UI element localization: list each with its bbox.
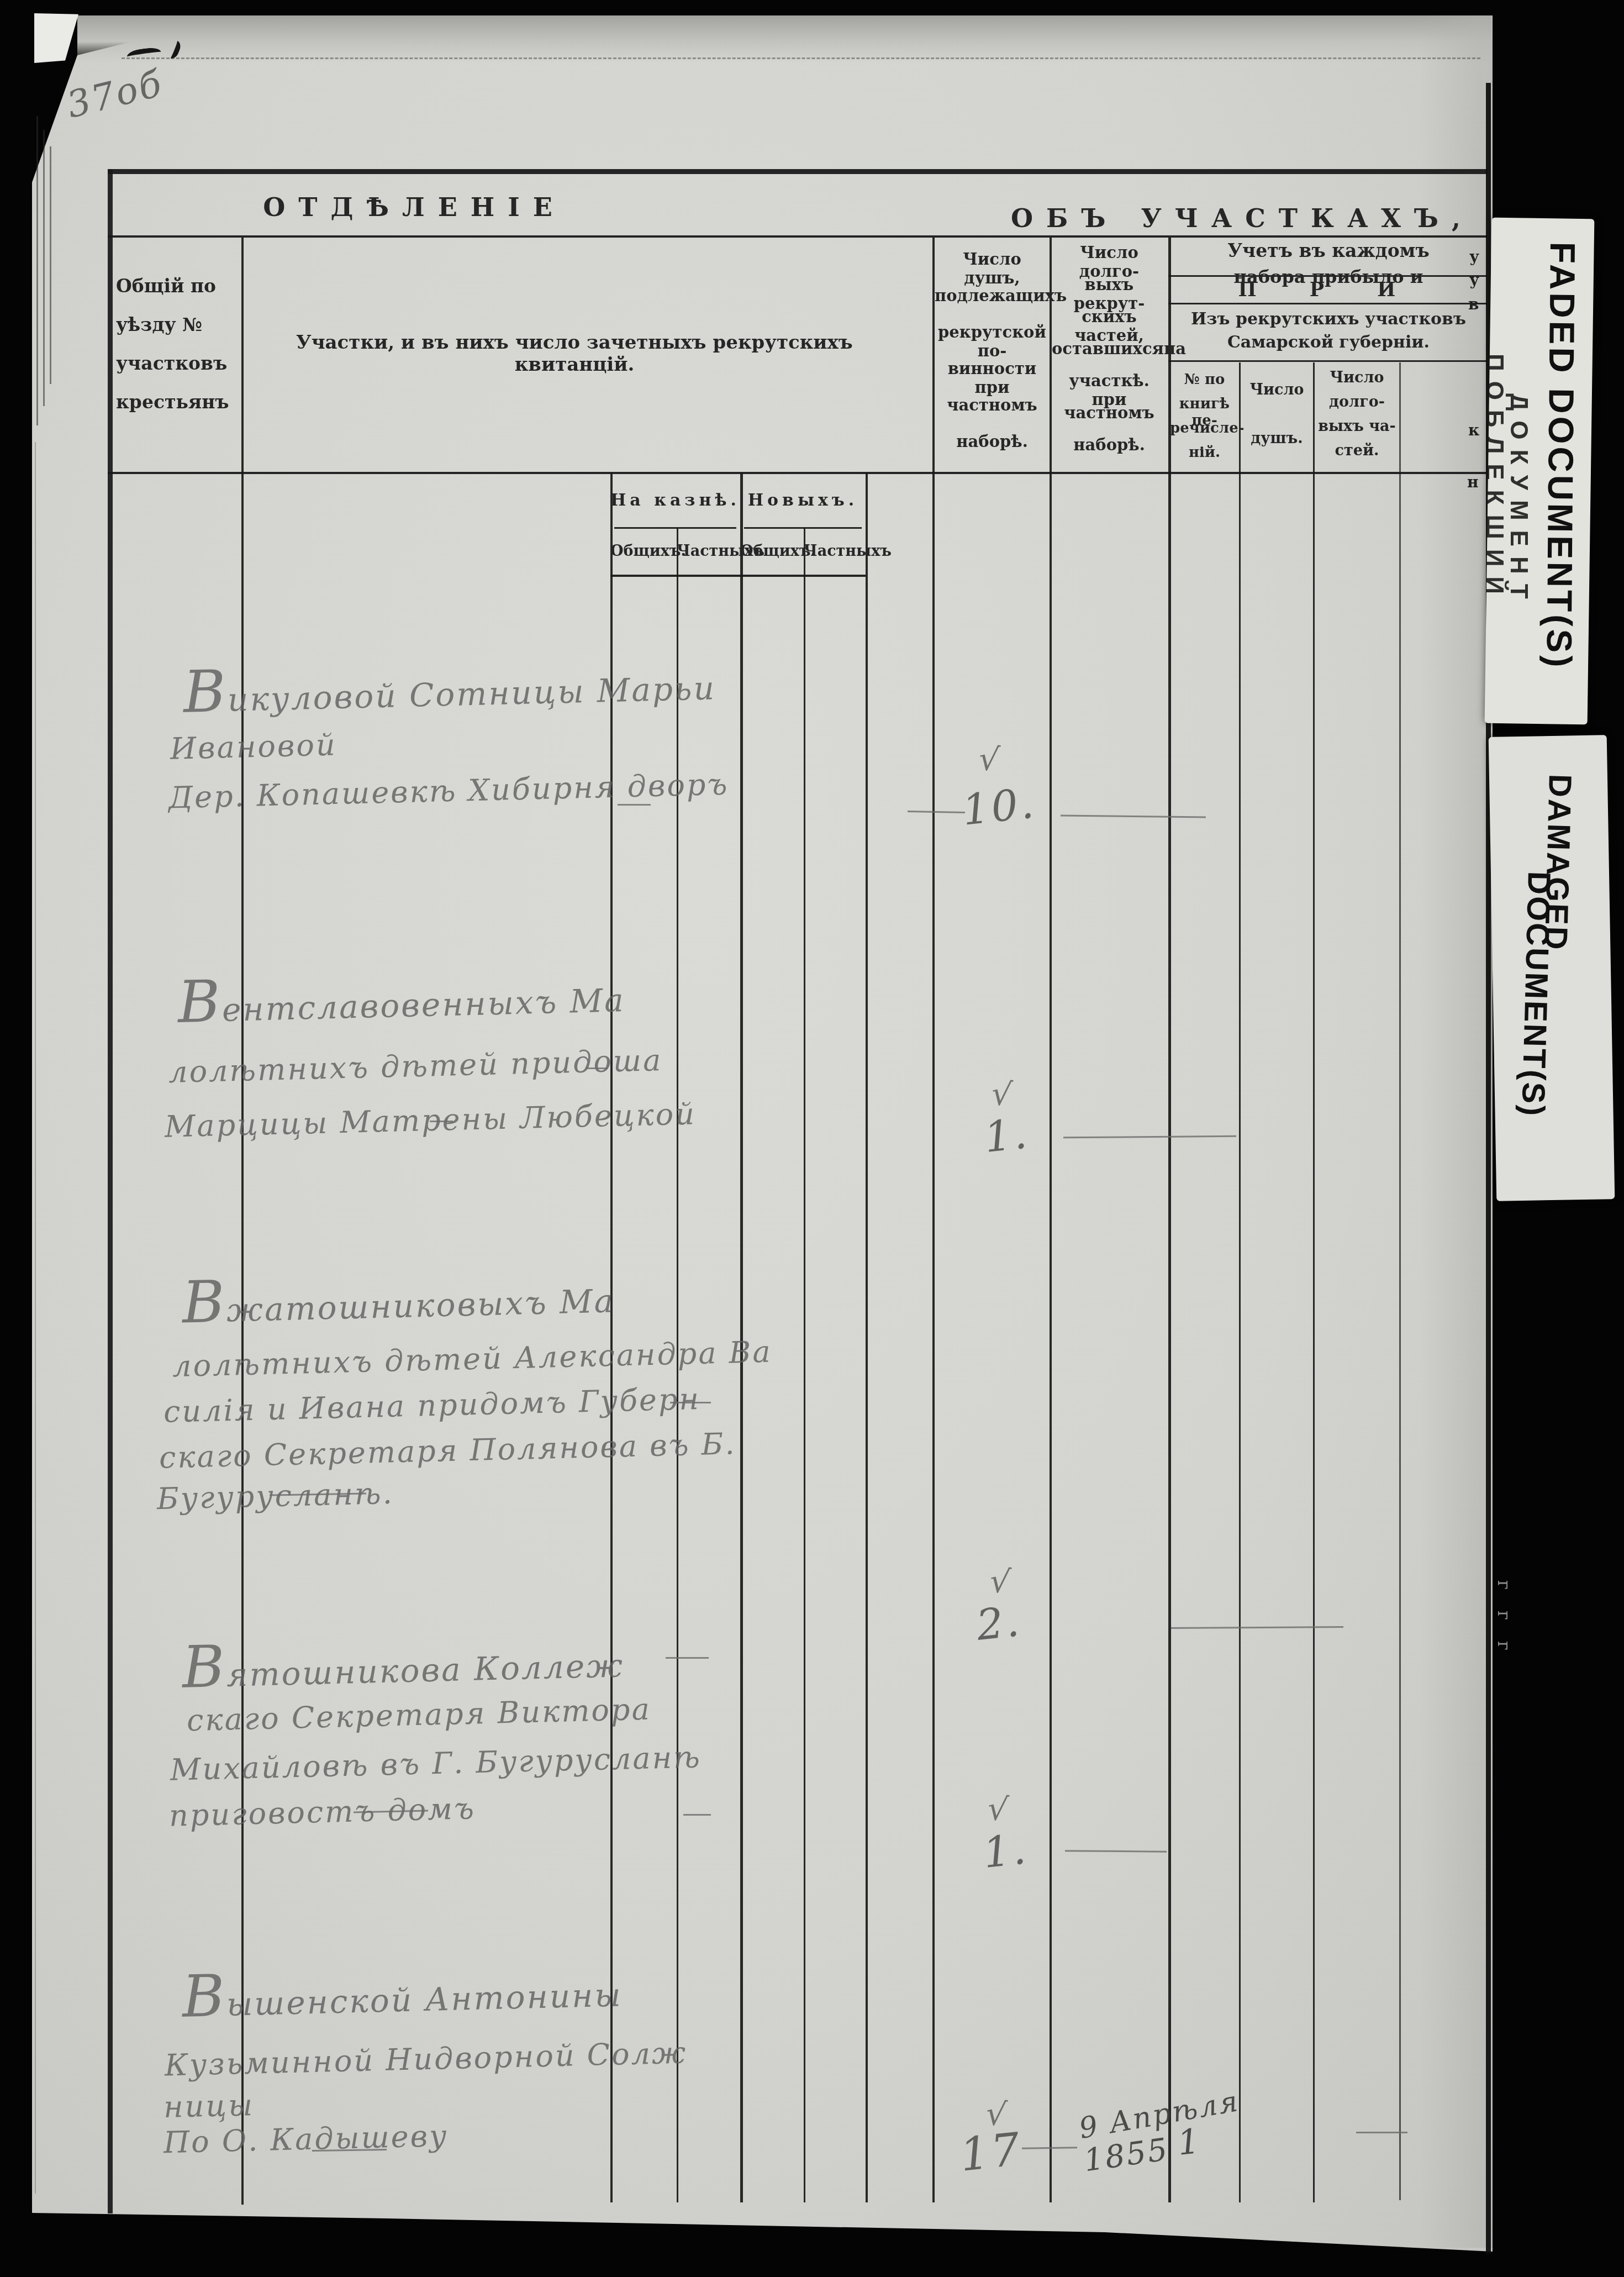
sub-header-obshchih: Общихъ.: [740, 543, 804, 560]
col-header-dolg-line: наборѣ.: [1052, 435, 1167, 454]
table-vline: [1239, 362, 1241, 2202]
entry-value: 10.: [960, 778, 1038, 834]
col-header-dush-line: наборѣ.: [935, 432, 1050, 451]
page-top-dotted-edge: [122, 57, 1480, 59]
col-header-dush-line: рекрутской по-: [935, 323, 1050, 360]
table-vline: [1399, 362, 1401, 2200]
table-vline: [241, 238, 244, 2205]
edge-cut-letter: у: [1469, 248, 1479, 266]
col-header-dush-line: Число душъ,: [935, 250, 1050, 287]
col-header-dush-line: подлежащихъ: [935, 286, 1050, 305]
check-mark: √: [988, 1561, 1013, 1601]
table-vline: [1168, 238, 1171, 2202]
col-header-uezd-line: участковъ: [116, 353, 227, 374]
edge-cut-letter: у: [1469, 271, 1479, 289]
table-hline: [108, 235, 1487, 238]
handwritten-line: ницы: [163, 2087, 255, 2125]
faded-document-label-ru: ДОКУМЕНТ: [1505, 393, 1532, 609]
underlying-page-corner: [34, 13, 78, 63]
table-hline: [614, 527, 736, 529]
col-header-dolg-line: оставшихсяна: [1052, 339, 1167, 358]
col-header-dush-line: частномъ: [935, 396, 1050, 414]
group-header-na-kazne: На казнѣ.: [610, 491, 740, 510]
entry-value: 17: [957, 2123, 1025, 2181]
table-hline: [610, 575, 866, 577]
pencil-dash: [1356, 2132, 1407, 2133]
pencil-dash: [618, 804, 651, 806]
group-header-iz-line: Самарской губерніи.: [1174, 333, 1483, 352]
book-page-edge-line: [43, 130, 45, 406]
pencil-dash: [587, 1067, 608, 1069]
handwritten-date-extra: 1: [1175, 2121, 1203, 2163]
sub-header-chastnyh: Частныхъ: [804, 543, 866, 560]
sub-header-chislo-dush-line: душъ.: [1241, 430, 1313, 447]
sub-header-kniga-line: речисле-: [1170, 420, 1239, 437]
margin-pencil-marks: г г г: [1494, 1580, 1515, 1658]
entry-value: 1.: [981, 1824, 1030, 1878]
section-title-right: ОБЪ УЧАСТКАХЪ,: [1011, 203, 1431, 233]
check-mark: √: [990, 1074, 1014, 1113]
col-header-dush-line: винности при: [935, 359, 1050, 397]
pencil-dash: [683, 1814, 711, 1816]
sub-header-kniga-line: ній.: [1170, 444, 1239, 461]
group-header-uchet-line: Учетъ въ каждомъ: [1174, 240, 1483, 261]
sub-header-chislo-dolg-line: долго-: [1315, 393, 1399, 411]
sub-header-chastnyh: Частныхъ: [677, 543, 740, 560]
sub-header-obshchih: Общихъ.: [610, 543, 677, 560]
table-hline: [108, 472, 1487, 474]
sub-header-chislo-dolg-line: выхъ ча-: [1315, 418, 1399, 435]
check-mark: √: [986, 1789, 1010, 1828]
book-page-edge-line: [35, 442, 36, 2194]
col-header-uezd-line: крестьянъ: [116, 391, 229, 413]
col-header-uezd-line: Общій по: [116, 275, 216, 297]
sub-header-chislo-dolg-line: Число: [1315, 369, 1399, 386]
col-header-uezd-line: уѣзду №: [116, 314, 202, 335]
scanned-archival-page: { "page": { "folio": "37об", "title_left…: [0, 0, 1624, 2277]
sub-header-kniga-line: № по: [1170, 371, 1239, 388]
section-title-left: ОТДѢЛЕНІЕ: [238, 192, 591, 222]
col-header-dolg-line: частномъ: [1052, 403, 1167, 422]
edge-cut-letter: н: [1467, 473, 1479, 491]
table-left-border: [108, 169, 113, 2213]
table-top-border: [108, 169, 1487, 174]
paper-top-shadow: [77, 15, 1491, 63]
pencil-dash: [430, 1121, 453, 1122]
table-vline: [866, 473, 868, 2202]
entry-value: 1.: [982, 1108, 1031, 1162]
table-vline: [1050, 238, 1052, 2202]
group-header-pri: П Р И: [1174, 278, 1483, 301]
table-hline: [1168, 303, 1487, 304]
faded-document-label-ru: ПОБЛЕКШИЙ: [1480, 354, 1508, 604]
pencil-dash: [666, 1657, 709, 1659]
col-header-uchastki: Участки, и въ нихъ число зачетныхъ рекру…: [249, 332, 900, 376]
check-mark: √: [977, 739, 1001, 779]
table-vline: [932, 238, 935, 2202]
table-hline: [744, 527, 862, 529]
sub-header-chislo-dolg-line: стей.: [1315, 442, 1399, 459]
group-header-iz-line: Изъ рекрутскихъ участковъ: [1174, 309, 1483, 329]
pencil-dash: [670, 1402, 711, 1403]
handwritten-line: Ивановой: [170, 727, 337, 766]
edge-cut-letter: в: [1468, 295, 1479, 313]
group-header-novyh: Новыхъ.: [740, 491, 866, 510]
entry-value: 2.: [974, 1596, 1024, 1650]
handwritten-line: Бугурусланѣ.: [156, 1476, 394, 1516]
damaged-document-label: DOCUMENT(S): [1514, 871, 1558, 1118]
handwritten-line: По О. Кадышеву: [163, 2118, 449, 2160]
book-page-edge-line: [36, 116, 38, 425]
faded-document-label: FADED DOCUMENT(S): [1538, 241, 1583, 670]
table-vline: [1313, 362, 1315, 2202]
book-page-edge-line: [50, 146, 51, 384]
sub-header-chislo-dush-line: Число: [1241, 381, 1313, 398]
edge-cut-letter: к: [1468, 421, 1479, 439]
table-hline: [1168, 360, 1487, 362]
table-vline: [804, 528, 805, 2202]
